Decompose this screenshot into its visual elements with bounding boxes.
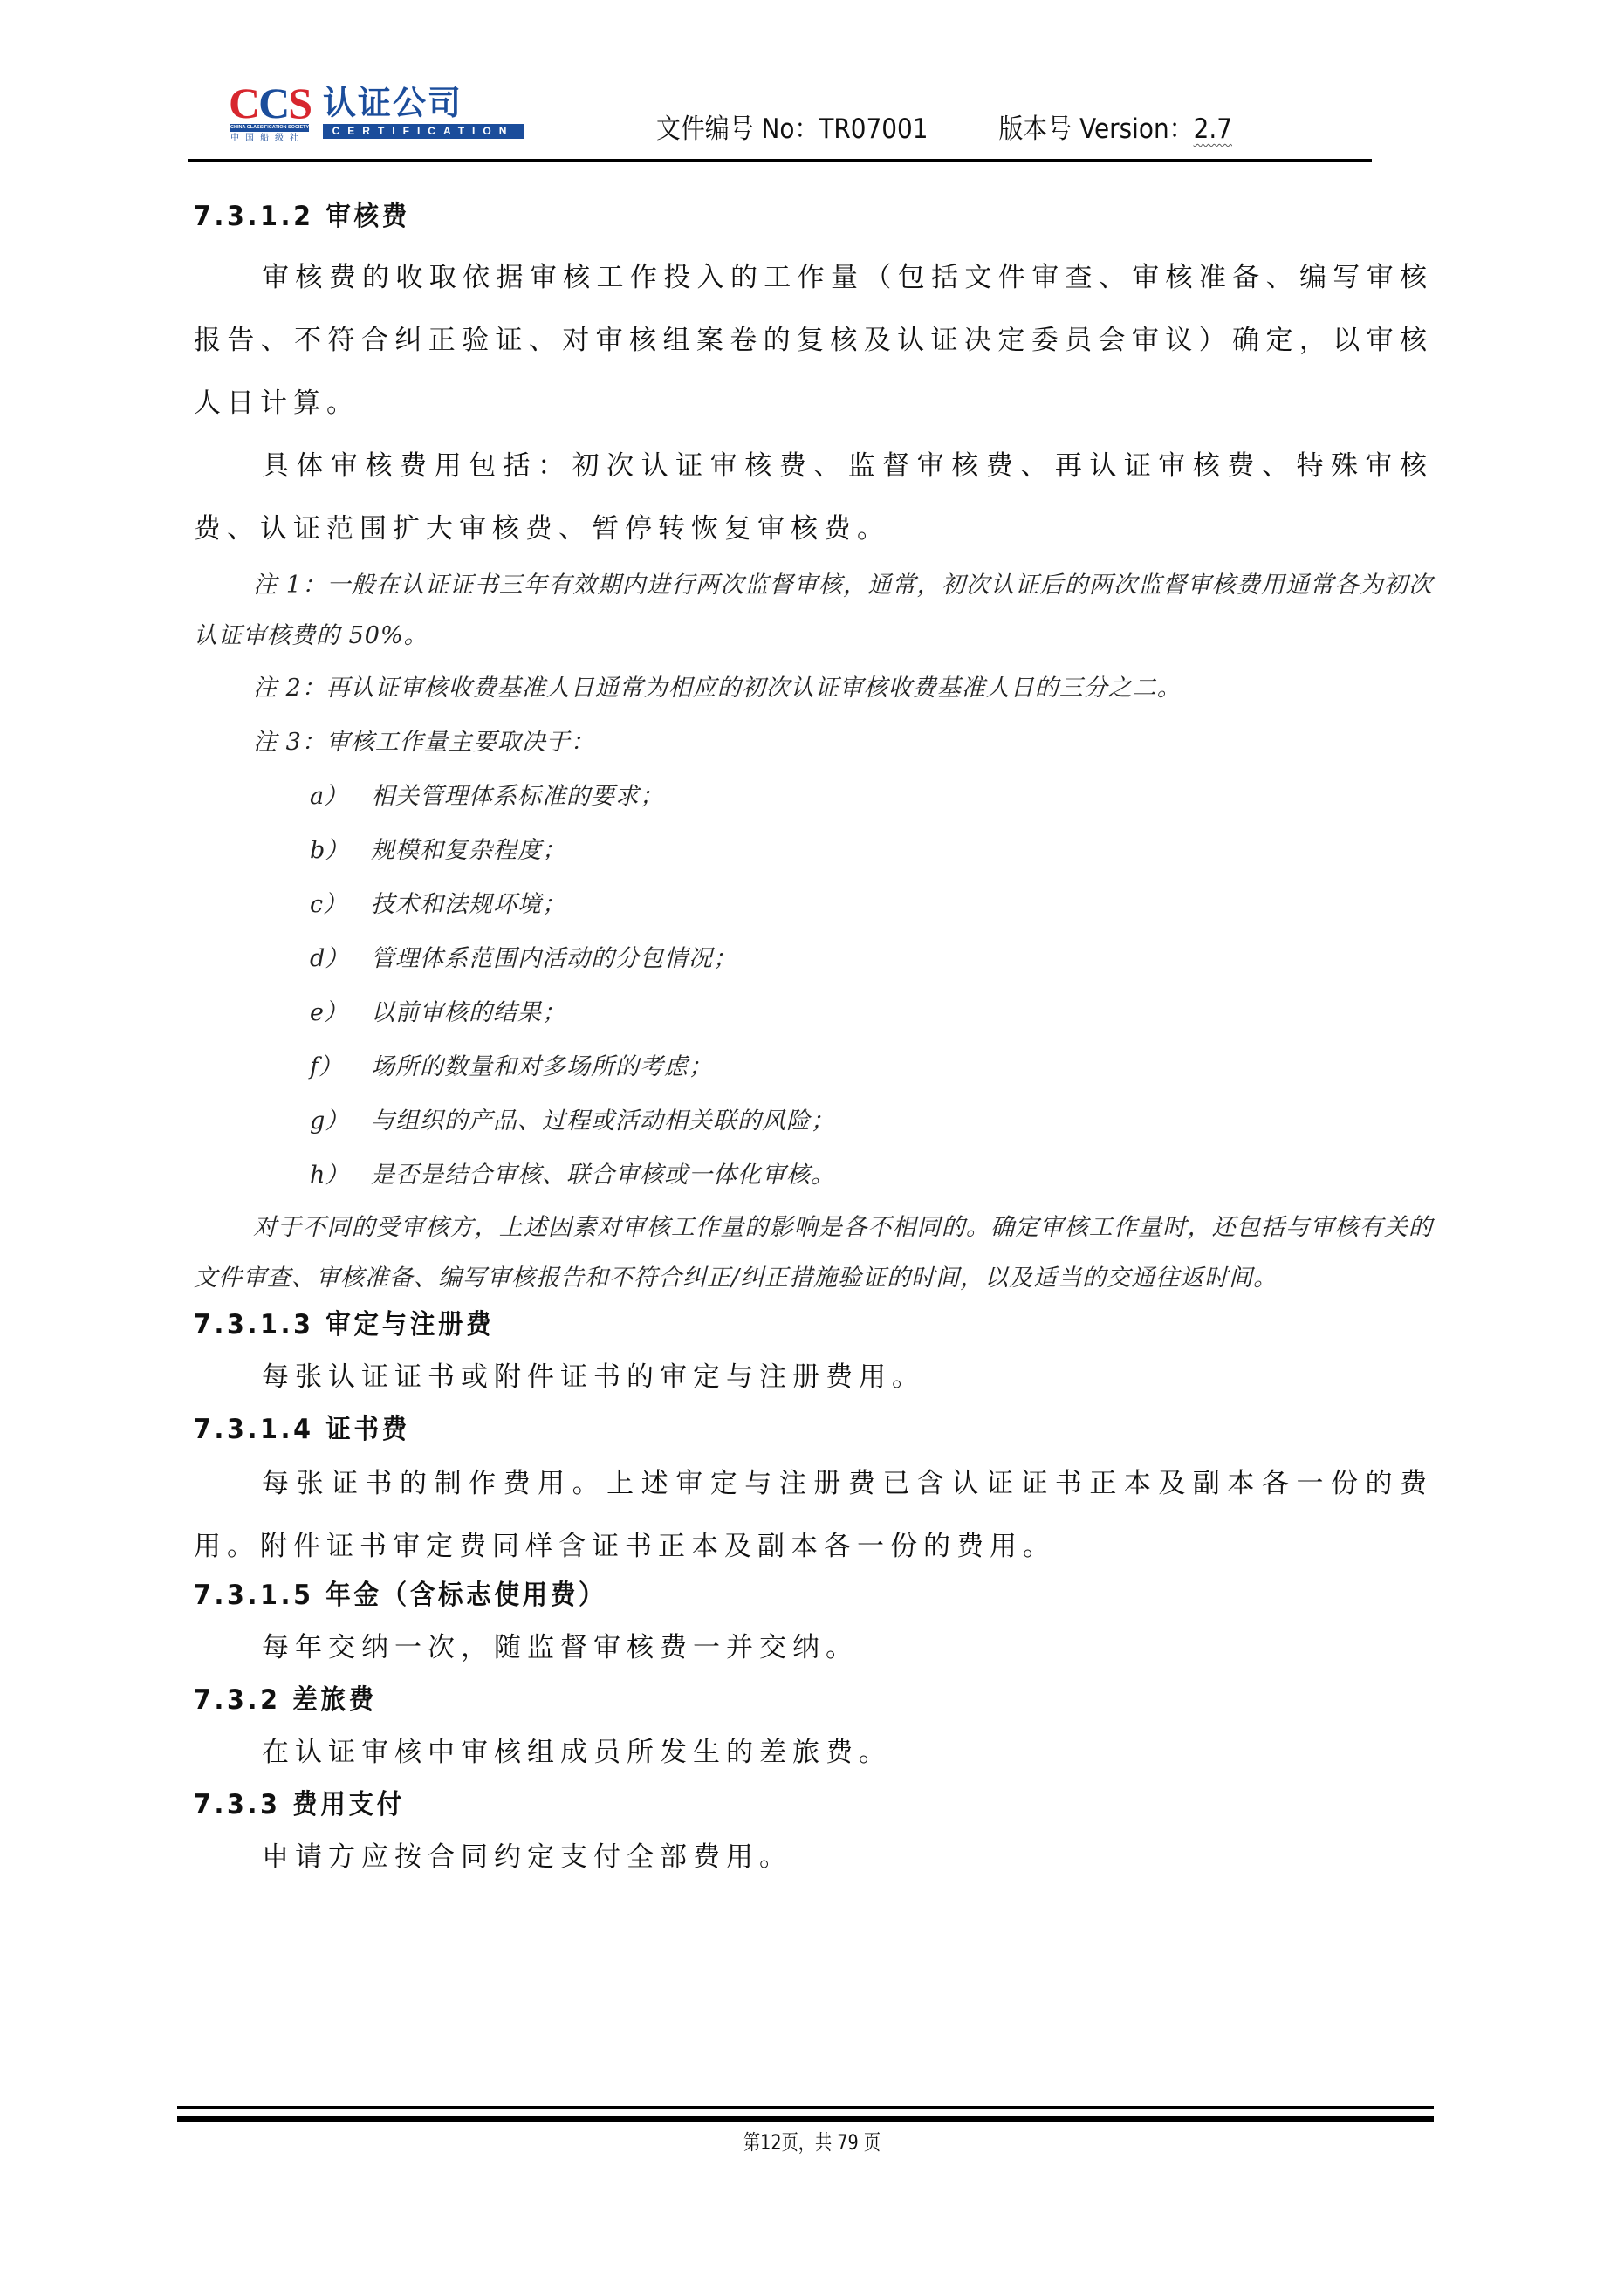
note: 注 3：审核工作量主要取决于：	[194, 716, 1433, 770]
section-heading: 7.3.1.2 审核费	[194, 199, 1333, 234]
paragraph: 每张认证证书或附件证书的审定与注册费用。	[194, 1342, 1433, 1412]
version-label: 版本号 Version：	[998, 113, 1193, 145]
paragraph: 每年交纳一次，随监督审核费一并交纳。	[194, 1613, 1433, 1683]
logo-society-cn: 中国船级社	[230, 134, 305, 143]
note: 注 2：再认证审核收费基准人日通常为相应的初次认证审核收费基准人日的三分之二。	[194, 662, 1433, 716]
list-item: b）规模和复杂程度；	[194, 824, 1433, 878]
logo-brand-cn: 认证公司	[323, 86, 463, 120]
company-logo: CCS CHINA CLASSIFICATION SOCIETY 中国船级社 认…	[229, 84, 534, 145]
paragraph: 在认证审核中审核组成员所发生的差旅费。	[194, 1717, 1433, 1787]
footer-divider-bottom	[177, 2116, 1434, 2122]
document-meta: 文件编号 No：TR07001版本号 Version：2.7	[656, 112, 1232, 147]
note: 注 1：一般在认证证书三年有效期内进行两次监督审核，通常，初次认证后的两次监督审…	[194, 560, 1433, 662]
list-item: a）相关管理体系标准的要求；	[194, 770, 1433, 824]
header-divider	[188, 159, 1372, 162]
logo-ccs-mark: CCS	[229, 84, 311, 122]
list-item: e）以前审核的结果；	[194, 986, 1433, 1040]
list-item: c）技术和法规环境；	[194, 878, 1433, 932]
factor-list: a）相关管理体系标准的要求； b）规模和复杂程度； c）技术和法规环境； d）管…	[194, 770, 1433, 1203]
section-travel-expenses: 7.3.2 差旅费 在认证审核中审核组成员所发生的差旅费。	[194, 1683, 1433, 1787]
section-heading: 7.3.1.5 年金（含标志使用费）	[194, 1578, 1333, 1613]
section-heading: 7.3.2 差旅费	[194, 1683, 1333, 1717]
closing-note: 对于不同的受审核方，上述因素对审核工作量的影响是各不相同的。确定审核工作量时，还…	[194, 1203, 1433, 1304]
section-registration-fee: 7.3.1.3 审定与注册费 每张认证证书或附件证书的审定与注册费用。	[194, 1307, 1433, 1412]
page-number: 第12页，共 79 页	[162, 2128, 1462, 2157]
section-payment: 7.3.3 费用支付 申请方应按合同约定支付全部费用。	[194, 1787, 1433, 1892]
paragraph: 具体审核费用包括：初次认证审核费、监督审核费、再认证审核费、特殊审核费、认证范围…	[194, 435, 1433, 560]
section-annual-fee: 7.3.1.5 年金（含标志使用费） 每年交纳一次，随监督审核费一并交纳。	[194, 1578, 1433, 1683]
version-value: 2.7	[1194, 113, 1232, 145]
section-certificate-fee: 7.3.1.4 证书费 每张证书的制作费用。上述审定与注册费已含认证证书正本及副…	[194, 1412, 1433, 1578]
section-heading: 7.3.1.3 审定与注册费	[194, 1307, 1333, 1342]
section-heading: 7.3.1.4 证书费	[194, 1412, 1333, 1447]
section-audit-fee: 7.3.1.2 审核费 审核费的收取依据审核工作投入的工作量（包括文件审查、审核…	[194, 199, 1433, 1304]
list-item: g）与组织的产品、过程或活动相关联的风险；	[194, 1094, 1433, 1148]
list-item: d）管理体系范围内活动的分包情况；	[194, 932, 1433, 986]
paragraph: 每张证书的制作费用。上述审定与注册费已含认证证书正本及副本各一份的费用。附件证书…	[194, 1452, 1433, 1578]
logo-society-en: CHINA CLASSIFICATION SOCIETY	[230, 124, 309, 132]
paragraph: 审核费的收取依据审核工作投入的工作量（包括文件审查、审核准备、编写审核报告、不符…	[194, 246, 1433, 435]
section-heading: 7.3.3 费用支付	[194, 1787, 1333, 1822]
document-body: 7.3.1.2 审核费 审核费的收取依据审核工作投入的工作量（包括文件审查、审核…	[194, 199, 1433, 1892]
list-item: f）场所的数量和对多场所的考虑；	[194, 1040, 1433, 1094]
footer-divider-top	[177, 2106, 1434, 2109]
paragraph: 申请方应按合同约定支付全部费用。	[194, 1822, 1433, 1892]
logo-brand-en: CERTIFICATION	[323, 124, 524, 139]
doc-no-label: 文件编号 No：	[656, 113, 819, 145]
doc-no-value: TR07001	[819, 113, 928, 145]
list-item: h）是否是结合审核、联合审核或一体化审核。	[194, 1148, 1433, 1203]
